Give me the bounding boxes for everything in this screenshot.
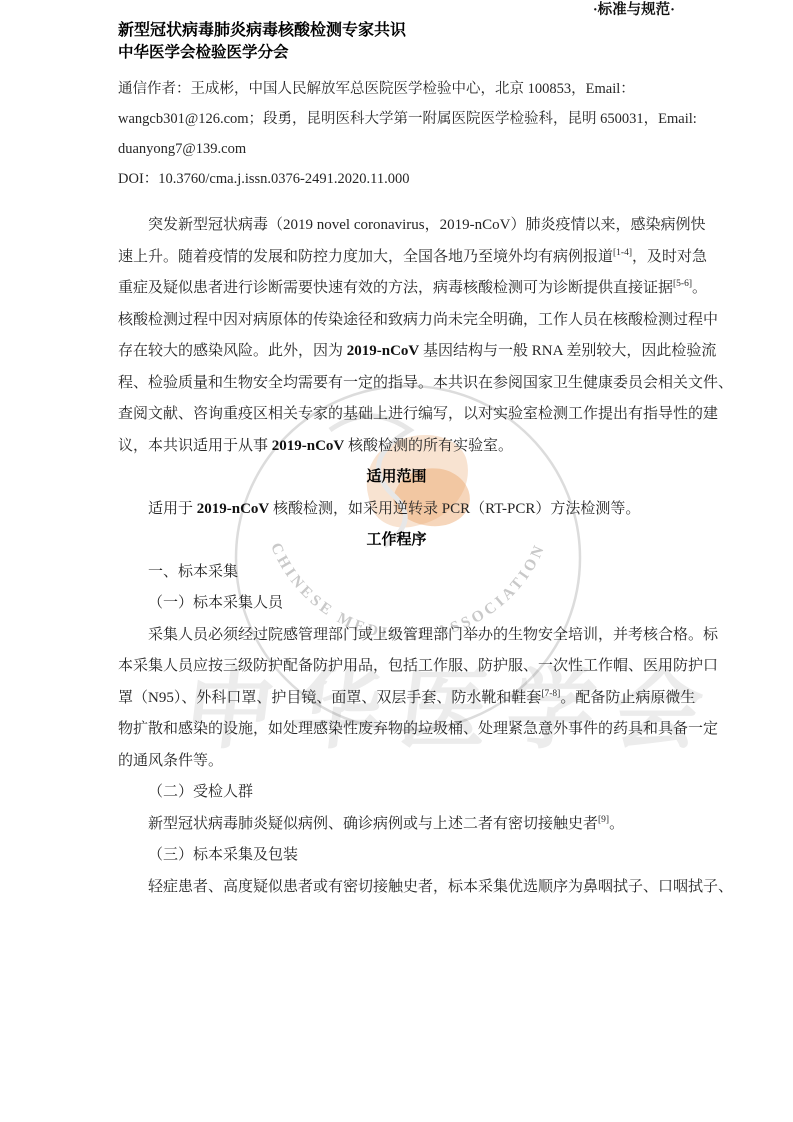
text-segment: 核酸检测的所有实验室。	[344, 438, 513, 454]
correspondence-line: wangcb301@126.com；段勇，昆明医科大学第一附属医院医学检验科，昆…	[118, 104, 675, 134]
body-line: 罩（N95）、外科口罩、护目镜、面罩、双层手套、防水靴和鞋套[7-8]。配备防止…	[118, 683, 675, 715]
intro-line: 速上升。随着疫情的发展和防控力度加大，全国各地乃至境外均有病例报道[1-4]，及…	[118, 242, 675, 274]
section-heading-procedure: 工作程序	[118, 525, 675, 557]
scope-paragraph: 适用于 2019-nCoV 核酸检测，如采用逆转录 PCR（RT-PCR）方法检…	[118, 494, 675, 526]
body-line: 采集人员必须经过院感管理部门或上级管理部门举办的生物安全培训，并考核合格。标	[118, 620, 675, 652]
text-segment: 适用于	[148, 501, 197, 517]
category-label: ·标准与规范·	[118, 0, 675, 20]
intro-line: 重症及疑似患者进行诊断需要快速有效的方法，病毒核酸检测可为诊断提供直接证据[5-…	[118, 273, 675, 305]
text-segment: 核酸检测，如采用逆转录 PCR（RT-PCR）方法检测等。	[269, 501, 640, 517]
text-segment: 。配备防止病原微生	[560, 690, 695, 706]
text-segment: 重症及疑似患者进行诊断需要快速有效的方法，病毒核酸检测可为诊断提供直接证据	[118, 280, 673, 296]
subsection-1: 一、标本采集	[118, 557, 675, 589]
virus-name-bold: 2019-nCoV	[347, 343, 420, 359]
doi-line: DOI：10.3760/cma.j.issn.0376-2491.2020.11…	[118, 164, 675, 194]
subsection-1-1: （一）标本采集人员	[118, 588, 675, 620]
section-heading-scope: 适用范围	[118, 462, 675, 494]
citation-ref: [5-6]	[673, 279, 692, 289]
body-line: 物扩散和感染的设施，如处理感染性废弃物的垃圾桶、处理紧急意外事件的药具和具备一定	[118, 714, 675, 746]
document-page: CHINESE MEDICAL ASSOCIATION 中 华 医 学 会 ·标…	[0, 0, 793, 1122]
correspondence-line: duanyong7@139.com	[118, 134, 675, 164]
intro-line: 查阅文献、咨询重疫区相关专家的基础上进行编写，以对实验室检测工作提出有指导性的建	[118, 399, 675, 431]
article-body: 突发新型冠状病毒（2019 novel coronavirus，2019-nCo…	[118, 210, 675, 903]
text-segment: 基因结构与一般 RNA 差别较大，因此检验流	[419, 343, 716, 359]
intro-line: 核酸检测过程中因对病原体的传染途径和致病力尚未完全明确，工作人员在核酸检测过程中	[118, 305, 675, 337]
text-segment: ，及时对急	[632, 249, 707, 265]
text-segment: 速上升。随着疫情的发展和防控力度加大，全国各地乃至境外均有病例报道	[118, 249, 613, 265]
subsection-1-3: （三）标本采集及包装	[118, 840, 675, 872]
text-segment: 议，本共识适用于从事	[118, 438, 272, 454]
body-line: 本采集人员应按三级防护配备防护用品，包括工作服、防护服、一次性工作帽、医用防护口	[118, 651, 675, 683]
body-line: 新型冠状病毒肺炎疑似病例、确诊病例或与上述二者有密切接触史者[9]。	[118, 809, 675, 841]
subsection-1-2: （二）受检人群	[118, 777, 675, 809]
correspondence-line: 通信作者：王成彬，中国人民解放军总医院医学检验中心，北京 100853，Emai…	[118, 74, 675, 104]
virus-name-bold: 2019-nCoV	[272, 438, 345, 454]
document-content: ·标准与规范· 新型冠状病毒肺炎病毒核酸检测专家共识 中华医学会检验医学分会 通…	[118, 0, 675, 903]
citation-ref: [1-4]	[613, 248, 632, 258]
text-segment: 。	[609, 816, 624, 832]
intro-line: 议，本共识适用于从事 2019-nCoV 核酸检测的所有实验室。	[118, 431, 675, 463]
text-segment: 。	[692, 280, 707, 296]
document-title: 新型冠状病毒肺炎病毒核酸检测专家共识	[118, 20, 675, 42]
intro-line: 突发新型冠状病毒（2019 novel coronavirus，2019-nCo…	[118, 210, 675, 242]
text-segment: 新型冠状病毒肺炎疑似病例、确诊病例或与上述二者有密切接触史者	[148, 816, 598, 832]
intro-line: 存在较大的感染风险。此外，因为 2019-nCoV 基因结构与一般 RNA 差别…	[118, 336, 675, 368]
intro-line: 程、检验质量和生物安全均需要有一定的指导。本共识在参阅国家卫生健康委员会相关文件…	[118, 368, 675, 400]
citation-ref: [9]	[598, 815, 609, 825]
body-line: 轻症患者、高度疑似患者或有密切接触史者，标本采集优选顺序为鼻咽拭子、口咽拭子、	[118, 872, 675, 904]
text-segment: 存在较大的感染风险。此外，因为	[118, 343, 347, 359]
text-segment: 罩（N95）、外科口罩、护目镜、面罩、双层手套、防水靴和鞋套	[118, 690, 541, 706]
author-organization: 中华医学会检验医学分会	[118, 42, 675, 64]
correspondence-block: 通信作者：王成彬，中国人民解放军总医院医学检验中心，北京 100853，Emai…	[118, 74, 675, 194]
body-line: 的通风条件等。	[118, 746, 675, 778]
virus-name-bold: 2019-nCoV	[197, 501, 270, 517]
citation-ref: [7-8]	[541, 689, 560, 699]
